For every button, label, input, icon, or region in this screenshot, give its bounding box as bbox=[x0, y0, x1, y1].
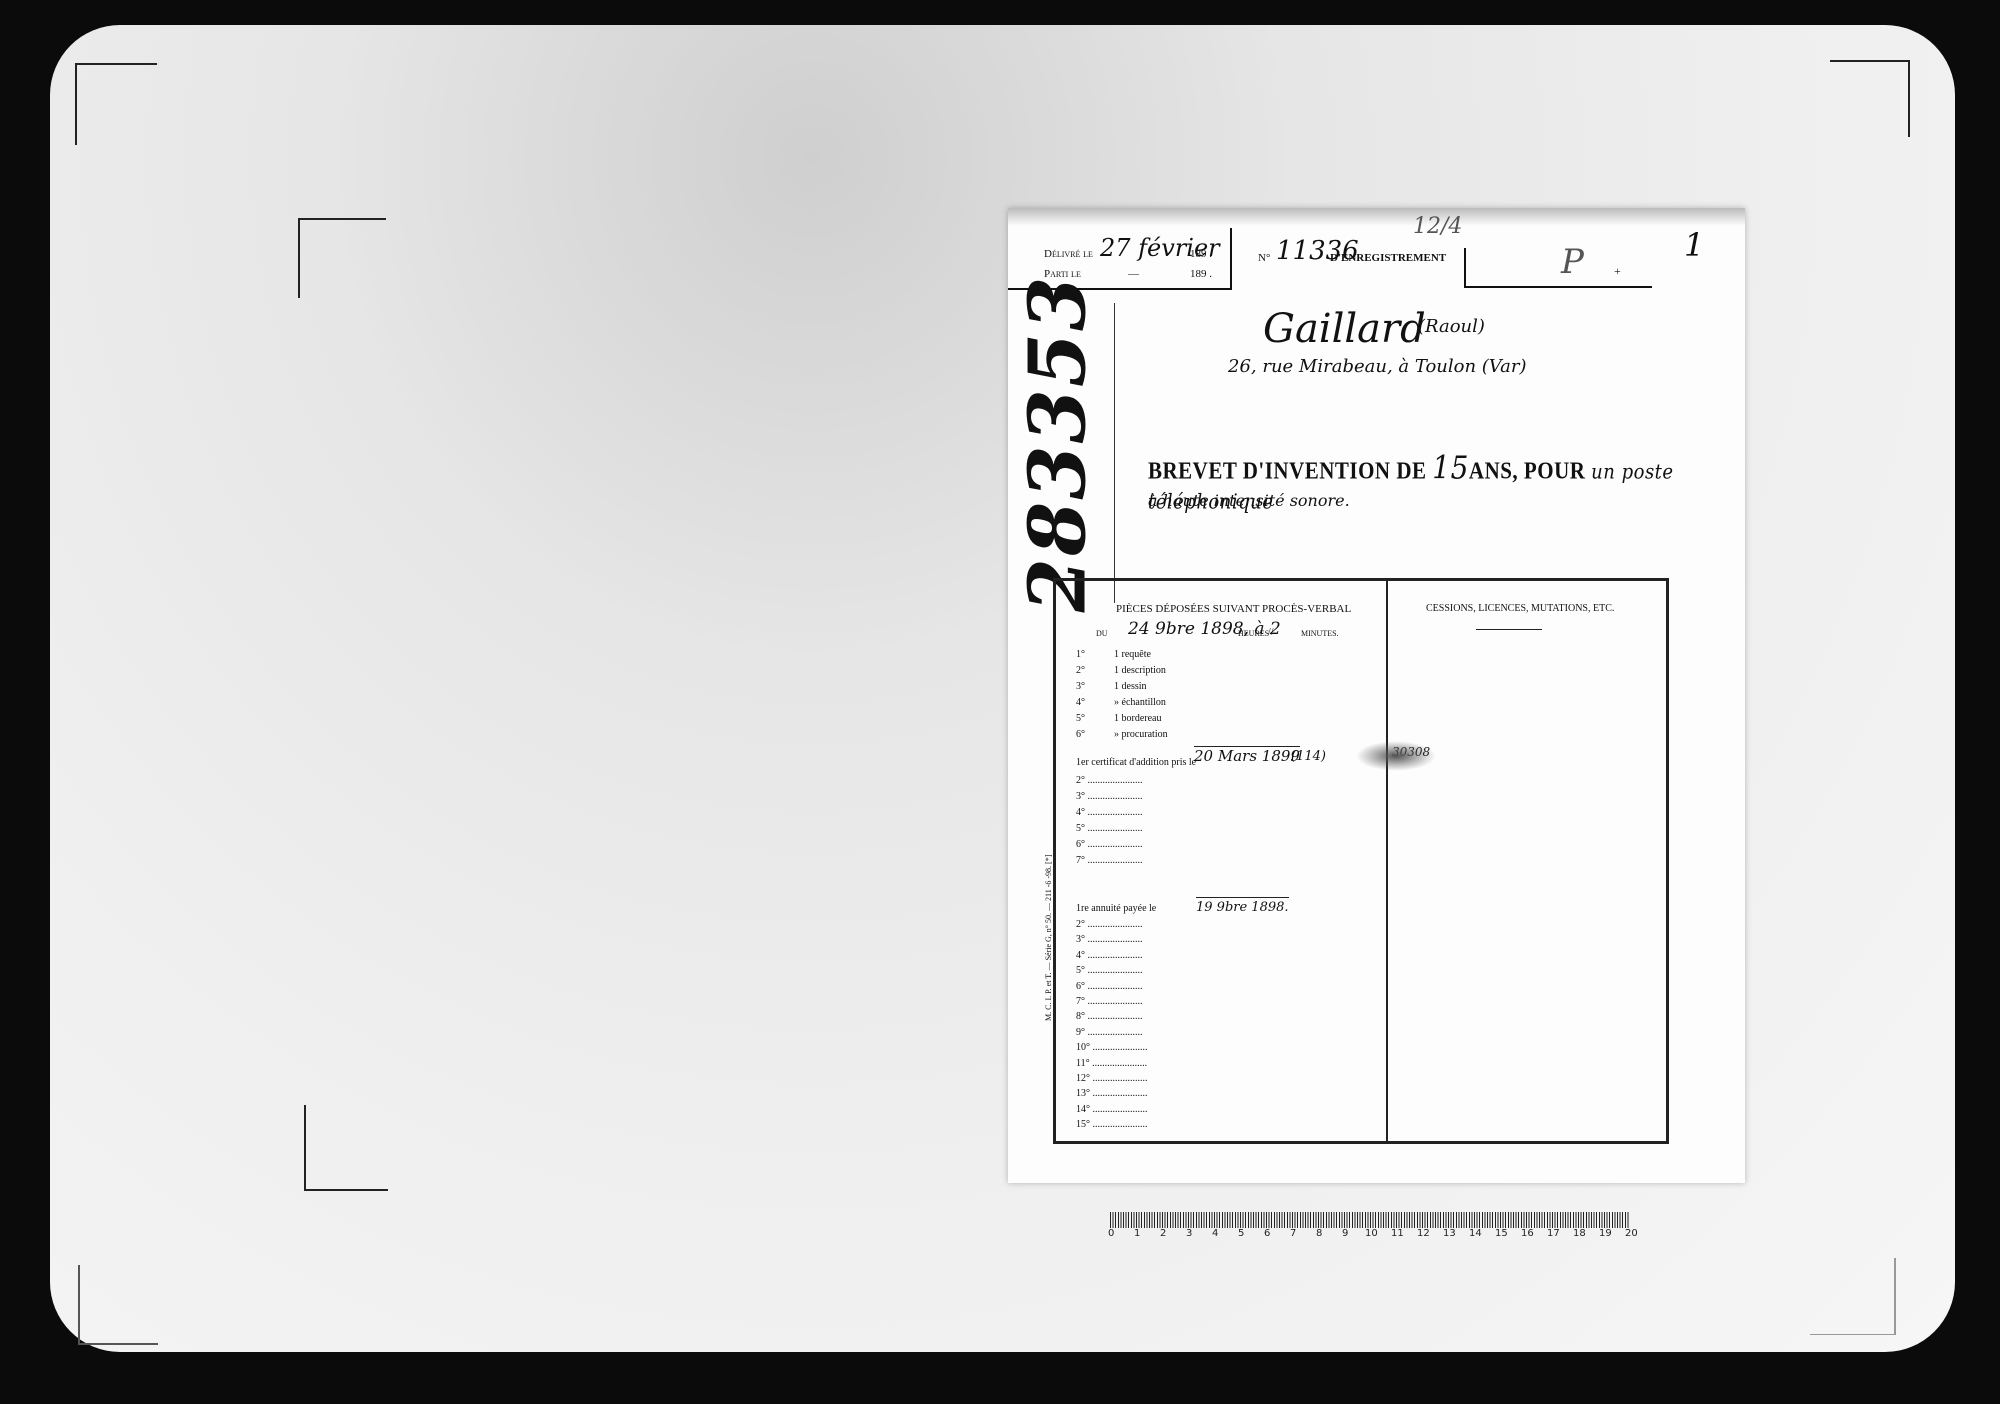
corner-mark-top-right-outer bbox=[1830, 60, 1910, 137]
piece-label: 1 bordereau bbox=[1114, 713, 1161, 724]
annuity-row: 7° ...................... bbox=[1076, 996, 1143, 1007]
column-divider bbox=[1386, 581, 1388, 1141]
piece-label: 1 dessin bbox=[1114, 681, 1147, 692]
title-years: 15 bbox=[1432, 449, 1469, 487]
classification-letter: P bbox=[1561, 242, 1584, 282]
annuity-row: 13° ...................... bbox=[1076, 1088, 1148, 1099]
annuity-row: 4° ...................... bbox=[1076, 950, 1143, 961]
piece-label: » procuration bbox=[1114, 729, 1168, 740]
ruler-label: 8 bbox=[1316, 1228, 1322, 1239]
holder-first-name: (Raoul) bbox=[1418, 316, 1485, 337]
certificate-1-value: 20 Mars 1899 bbox=[1194, 746, 1300, 765]
ruler-label: 9 bbox=[1342, 1228, 1348, 1239]
ruler-label: 19 bbox=[1599, 1228, 1612, 1239]
holder-name: Gaillard bbox=[1263, 306, 1426, 352]
patent-number-vertical: 283353 bbox=[1018, 288, 1098, 598]
corner-mark-top-left-inner bbox=[298, 218, 386, 298]
ruler-label: 13 bbox=[1443, 1228, 1456, 1239]
annuity-1-value: 19 9bre 1898. bbox=[1196, 897, 1289, 915]
piece-number: 4° bbox=[1076, 697, 1085, 708]
cessions-header: CESSIONS, LICENCES, MUTATIONS, ETC. bbox=[1426, 603, 1614, 614]
ruler-label: 12 bbox=[1417, 1228, 1430, 1239]
ruler-label: 5 bbox=[1238, 1228, 1244, 1239]
registration-annotation: 12/4 bbox=[1413, 214, 1462, 239]
piece-label: 1 requête bbox=[1114, 649, 1151, 660]
registration-number-prefix: N° bbox=[1258, 252, 1270, 264]
annuity-row: 3° ...................... bbox=[1076, 934, 1143, 945]
ruler-ticks bbox=[1110, 1212, 1630, 1228]
corner-mark-bottom-left-outer bbox=[78, 1265, 158, 1345]
side-imprint: M. C. I. P. et T. — Série G, n° 50. — 21… bbox=[1044, 855, 1053, 1021]
annuity-row: 11° ...................... bbox=[1076, 1058, 1147, 1069]
minutes-label: MINUTES. bbox=[1301, 629, 1339, 638]
title-subject-line2: à haute intensité sonore. bbox=[1148, 491, 1350, 510]
annuity-row: 2° ...................... bbox=[1076, 919, 1143, 930]
ruler-label: 15 bbox=[1495, 1228, 1508, 1239]
ruler-label: 16 bbox=[1521, 1228, 1534, 1239]
holder-address: 26, rue Mirabeau, à Toulon (Var) bbox=[1228, 356, 1527, 377]
cessions-underline bbox=[1476, 629, 1542, 630]
scale-ruler: 01234567891011121314151617181920 bbox=[1110, 1212, 1642, 1250]
piece-number: 5° bbox=[1076, 713, 1085, 724]
du-label: DU bbox=[1096, 629, 1108, 638]
heures-value: // bbox=[1268, 627, 1274, 638]
annuity-row: 6° ...................... bbox=[1076, 981, 1143, 992]
piece-number: 3° bbox=[1076, 681, 1085, 692]
ruler-label: 0 bbox=[1108, 1228, 1114, 1239]
certificate-row: 2° ...................... bbox=[1076, 775, 1143, 786]
annuity-row: 10° ...................... bbox=[1076, 1042, 1148, 1053]
annuity-row: 14° ...................... bbox=[1076, 1104, 1148, 1115]
annuity-row: 12° ...................... bbox=[1076, 1073, 1148, 1084]
departed-value: — bbox=[1128, 268, 1139, 280]
piece-label: » échantillon bbox=[1114, 697, 1166, 708]
ink-smudge bbox=[1356, 741, 1436, 771]
annuity-row: 5° ...................... bbox=[1076, 965, 1143, 976]
annuity-label: 1re annuité payée le bbox=[1076, 903, 1156, 914]
ruler-label: 10 bbox=[1365, 1228, 1378, 1239]
page-number: 1 bbox=[1684, 226, 1704, 264]
sheet-shadow bbox=[1008, 208, 1745, 226]
certificate-row: 7° ...................... bbox=[1076, 855, 1143, 866]
title-years-suffix: ANS, POUR bbox=[1469, 457, 1586, 485]
ruler-label: 3 bbox=[1186, 1228, 1192, 1239]
certificate-row: 5° ...................... bbox=[1076, 823, 1143, 834]
ruler-label: 17 bbox=[1547, 1228, 1560, 1239]
classification-mark: + bbox=[1614, 264, 1621, 279]
ruler-label: 2 bbox=[1160, 1228, 1166, 1239]
delivered-year: 189 . bbox=[1190, 248, 1212, 260]
delivered-label: Délivré le bbox=[1044, 248, 1093, 260]
certificate-label: 1er certificat d'addition pris le bbox=[1076, 757, 1196, 768]
title-prefix: BREVET D'INVENTION DE bbox=[1148, 457, 1427, 485]
certificate-1-note: (114) bbox=[1291, 749, 1326, 764]
piece-number: 6° bbox=[1076, 729, 1085, 740]
classification-box: P + bbox=[1464, 248, 1652, 288]
annuity-row: 15° ...................... bbox=[1076, 1119, 1148, 1130]
departed-year: 189 . bbox=[1190, 268, 1212, 280]
piece-label: 1 description bbox=[1114, 665, 1166, 676]
ruler-label: 11 bbox=[1391, 1228, 1404, 1239]
piece-number: 1° bbox=[1076, 649, 1085, 660]
annuity-row: 8° ...................... bbox=[1076, 1011, 1143, 1022]
pieces-header: PIÈCES DÉPOSÉES SUIVANT PROCÈS-VERBAL bbox=[1116, 603, 1351, 615]
record-table: PIÈCES DÉPOSÉES SUIVANT PROCÈS-VERBAL DU… bbox=[1053, 578, 1669, 1144]
margin-rule bbox=[1114, 303, 1115, 603]
corner-mark-bottom-right-outer bbox=[1810, 1258, 1896, 1335]
patent-record-sheet: Délivré le 27 février 189 . Parti le — 1… bbox=[1008, 208, 1745, 1183]
patent-number-text: 283353 bbox=[1013, 274, 1104, 612]
heures-label: HEURES bbox=[1238, 629, 1269, 638]
certificate-row: 6° ...................... bbox=[1076, 839, 1143, 850]
certificate-row: 4° ...................... bbox=[1076, 807, 1143, 818]
certificate-row: 3° ...................... bbox=[1076, 791, 1143, 802]
corner-mark-top-left-outer bbox=[75, 63, 157, 145]
ruler-label: 1 bbox=[1134, 1228, 1140, 1239]
ruler-label: 18 bbox=[1573, 1228, 1586, 1239]
ruler-label: 20 bbox=[1625, 1228, 1638, 1239]
annuity-row: 9° ...................... bbox=[1076, 1027, 1143, 1038]
piece-number: 2° bbox=[1076, 665, 1085, 676]
registration-label: D'ENREGISTREMENT bbox=[1330, 252, 1446, 264]
ruler-label: 4 bbox=[1212, 1228, 1218, 1239]
ruler-label: 7 bbox=[1290, 1228, 1296, 1239]
ruler-label: 14 bbox=[1469, 1228, 1482, 1239]
ruler-label: 6 bbox=[1264, 1228, 1270, 1239]
corner-mark-bottom-left-inner bbox=[304, 1105, 388, 1191]
